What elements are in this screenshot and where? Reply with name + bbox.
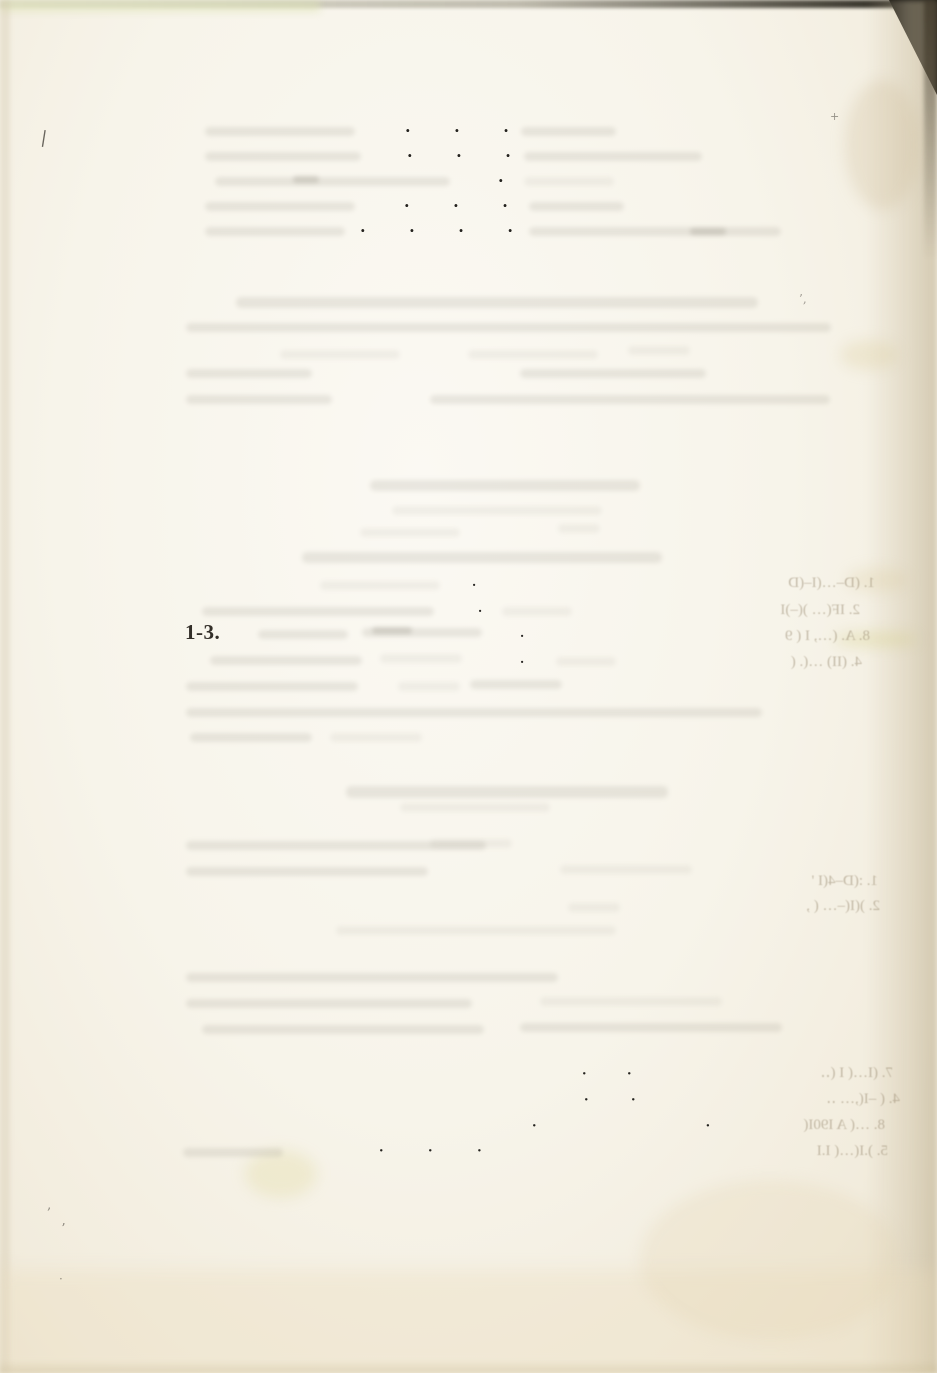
bleed-through-line: 2. )(I(–… ( , [640, 899, 880, 914]
pen-stroke-mark: | [39, 128, 48, 149]
faded-text-smudge [186, 999, 472, 1008]
faded-text-smudge [205, 127, 355, 136]
faded-text-smudge [398, 682, 460, 691]
faded-text-smudge [392, 506, 602, 515]
faded-text-smudge [186, 395, 332, 404]
dot-leader: · [498, 176, 504, 186]
bleed-through-line: 4. ( –I(,… ‥ [660, 1092, 900, 1107]
faded-text-smudge [186, 323, 831, 332]
bleed-through-line: 4. (II) …(. ( [600, 655, 862, 670]
faded-heading-smudge [370, 480, 640, 491]
faded-text-smudge [280, 350, 400, 359]
faded-text-smudge [690, 228, 726, 235]
faded-text-smudge [330, 733, 422, 742]
top-left-green-tint [0, 0, 320, 12]
faded-text-smudge [521, 127, 616, 136]
faded-text-smudge [215, 177, 450, 186]
faded-text-smudge [186, 369, 312, 378]
faded-text-smudge [430, 839, 512, 848]
bleed-through-line: 2. IF(… )(–)I [602, 603, 860, 618]
faded-text-smudge [186, 682, 358, 691]
left-edge-shadow [0, 0, 10, 1373]
dot-leader: · · [584, 1096, 636, 1106]
faded-text-smudge [380, 654, 462, 663]
faded-text-smudge [529, 227, 781, 236]
dot-leader: · · · [404, 201, 508, 211]
bleed-through-line: 7. (I…( I (‥ [640, 1066, 893, 1081]
faded-text-smudge [558, 524, 600, 533]
faded-text-smudge [186, 708, 762, 717]
stain [845, 80, 920, 210]
faded-text-smudge [293, 176, 319, 183]
heading-tick-mark: ’, [799, 292, 807, 306]
faded-text-smudge [258, 630, 348, 639]
speck-mark: + [830, 110, 839, 123]
faded-text-smudge [540, 997, 722, 1006]
faded-text-smudge [372, 627, 412, 634]
dot-leader: · [472, 580, 476, 590]
faded-text-smudge [524, 152, 702, 161]
bleed-through-line: 8. …( A I90I( [680, 1118, 885, 1133]
dot-leader: · [520, 657, 524, 667]
faded-text-smudge [320, 581, 440, 590]
faded-text-smudge [502, 607, 572, 616]
faded-text-smudge [470, 680, 562, 689]
faded-text-smudge [186, 867, 428, 876]
faded-text-smudge [524, 177, 614, 186]
faded-heading-smudge [236, 297, 758, 308]
bleed-through-line: 5. ).I(…( I.I [530, 1144, 888, 1159]
faded-text-smudge [183, 1148, 283, 1157]
right-edge-dark-top [924, 0, 937, 260]
faded-text-smudge [568, 903, 620, 912]
faded-text-smudge [360, 528, 460, 537]
bleed-through-line: 8. A. (…, I ( 9 [618, 629, 870, 644]
faded-text-smudge [202, 1025, 484, 1034]
scanned-page: | + ’, ‚ ʼ · · · · · · · · · · · · · · ·… [0, 0, 937, 1373]
stain [840, 340, 898, 370]
speck-mark: ʼ [61, 1222, 65, 1237]
faded-text-smudge [205, 152, 361, 161]
faded-text-smudge [336, 926, 616, 935]
faded-heading-smudge [302, 552, 662, 563]
faded-text-smudge [400, 803, 550, 812]
speck-mark: ‚ [47, 1198, 51, 1213]
dot-leader: · · · · [360, 226, 513, 236]
faded-text-smudge [210, 656, 362, 665]
faded-text-smudge [430, 395, 830, 404]
dot-leader: · · · [407, 151, 511, 161]
faded-text-smudge [190, 733, 312, 742]
faded-text-smudge [202, 607, 434, 616]
stain [245, 1150, 317, 1198]
faded-text-smudge [560, 865, 692, 874]
dot-leader: · · [582, 1070, 632, 1080]
dot-leader: · [478, 606, 482, 616]
faded-text-smudge [628, 346, 690, 355]
faded-text-smudge [529, 202, 624, 211]
faded-text-smudge [520, 369, 706, 378]
faded-text-smudge [468, 350, 598, 359]
dot-leader: · · · [379, 1147, 482, 1157]
faded-text-smudge [520, 1023, 782, 1032]
stain [640, 1180, 900, 1340]
faded-text-smudge [205, 227, 345, 236]
faded-text-smudge [205, 202, 355, 211]
dot-leader: · [520, 631, 524, 641]
bleed-through-line: 1. (D–…(I–(D [620, 576, 875, 591]
speck-mark: · [59, 1272, 63, 1286]
page-item-range-label: 1-3. [185, 620, 220, 645]
dot-leader: · · · [405, 126, 509, 136]
bleed-through-line: 1. :(D–4(I ' [690, 874, 878, 889]
faded-text-smudge [186, 973, 558, 982]
faded-heading-smudge [346, 786, 668, 798]
